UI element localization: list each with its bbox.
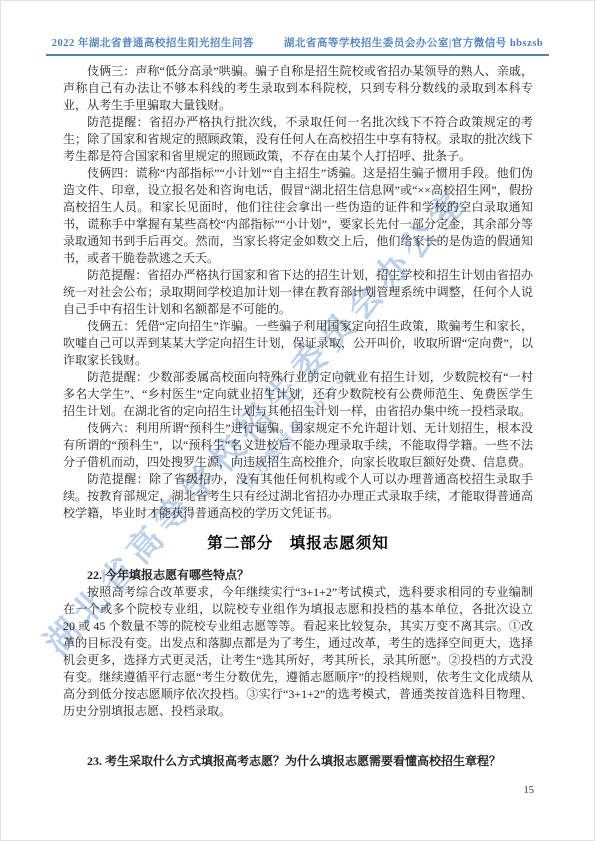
page-header: 2022 年湖北省普通高校招生阳光招生问答湖北省高等学校招生委员会办公室|官方微… bbox=[1, 33, 594, 56]
paragraph-tip4: 防范提醒：省招办严格执行国家和省下达的招生计划，招生学校和招生计划由省招办统一对… bbox=[63, 267, 533, 318]
paragraph-trick4: 伎俩四：谎称“内部指标”“小计划”“自主招生”诱骗。这是招生骗子惯用手段。他们伪… bbox=[63, 165, 533, 267]
question-23: 23. 考生采取什么方式填报高考志愿？为什么填报志愿需要看懂高校招生章程？ bbox=[63, 753, 533, 770]
paragraph-tip6: 防范提醒：除了省级招办，没有其他任何机构或个人可以办理普通高校招生录取手续。按教… bbox=[63, 471, 533, 522]
paragraph-tip3: 防范提醒：省招办严格执行批次线，不录取任何一名批次线下不符合政策规定的考生；除了… bbox=[63, 114, 533, 165]
page-header-rule: 2022 年湖北省普通高校招生阳光招生问答湖北省高等学校招生委员会办公室|官方微… bbox=[46, 35, 549, 56]
header-title-right: 湖北省高等学校招生委员会办公室|官方微信号 hbszsb bbox=[284, 38, 543, 49]
answer-22: 按照高考综合改革要求，今年继续实行“3+1+2”考试模式，选科要求相同的专业编制… bbox=[63, 584, 533, 720]
paragraph-trick6: 伎俩六：利用所谓“预科生”进行诓骗。国家规定不允许超计划、无计划招生，根本没有所… bbox=[63, 420, 533, 471]
paragraph-tip5: 防范提醒：少数部委属高校面向特殊行业的定向就业有招生计划，少数院校有“一村多名大… bbox=[63, 369, 533, 420]
section-heading-part2: 第二部分 填报志愿须知 bbox=[63, 535, 533, 552]
header-title-left: 2022 年湖北省普通高校招生阳光招生问答 bbox=[52, 38, 254, 49]
page-number: 15 bbox=[524, 785, 535, 796]
question-22: 22. 今年填报志愿有哪些特点？ bbox=[63, 567, 533, 584]
document-page: 2022 年湖北省普通高校招生阳光招生问答湖北省高等学校招生委员会办公室|官方微… bbox=[0, 0, 595, 841]
document-body: 伎俩三：声称“低分高录”哄骗。骗子自称是招生院校或省招办某领导的熟人、亲戚，声称… bbox=[63, 63, 533, 770]
paragraph-trick5: 伎俩五：凭借“定向招生”诈骗。一些骗子利用国家定向招生政策，欺骗考生和家长，吹嘘… bbox=[63, 318, 533, 369]
paragraph-trick3: 伎俩三：声称“低分高录”哄骗。骗子自称是招生院校或省招办某领导的熟人、亲戚，声称… bbox=[63, 63, 533, 114]
